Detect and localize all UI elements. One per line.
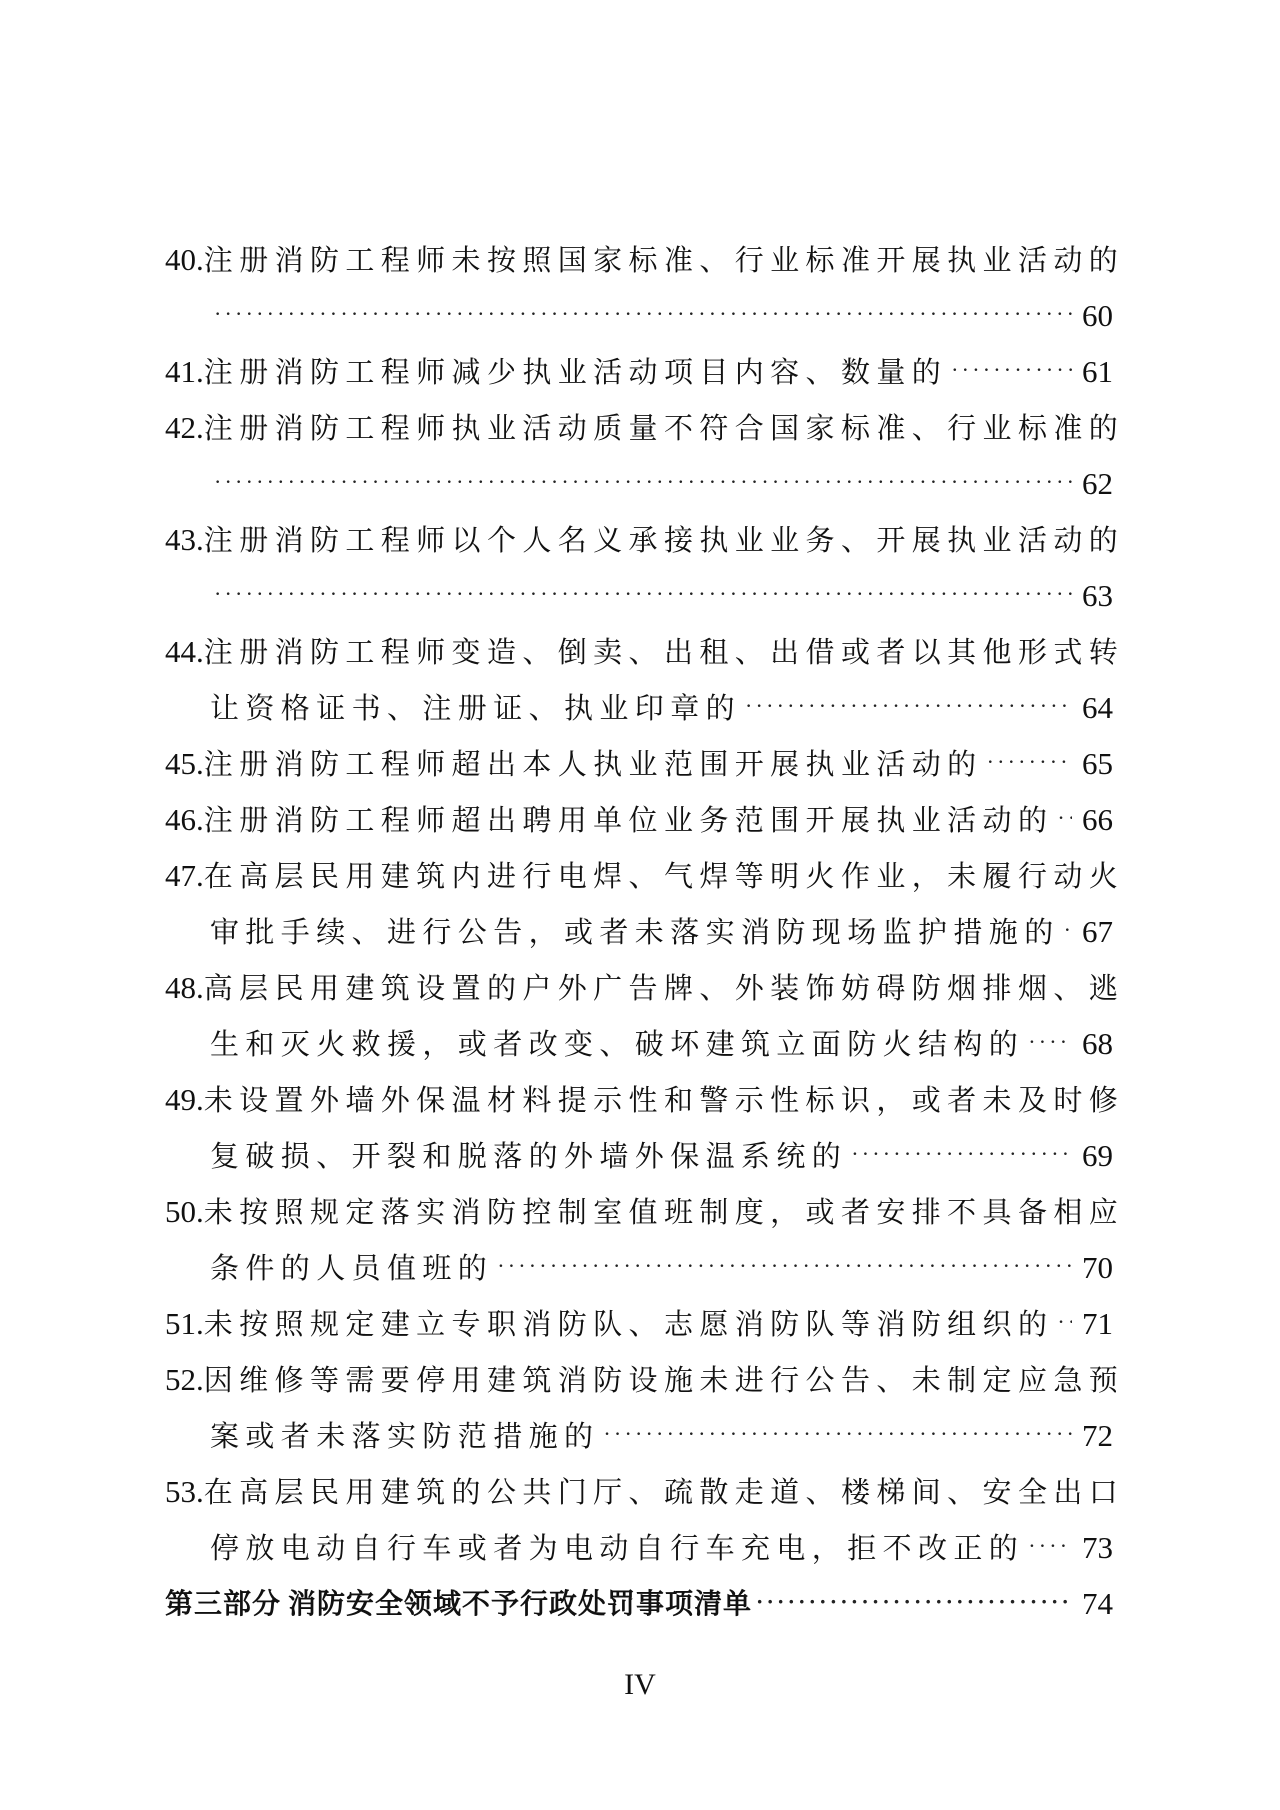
toc-entry-40[interactable]: 40. 注册消防工程师未按照国家标准、行业标准开展执业活动的 <box>165 232 1113 288</box>
page-number: 60 <box>1082 288 1113 344</box>
entry-title: 注册消防工程师执业活动质量不符合国家标准、行业标准的 <box>204 400 1124 456</box>
dot-leader <box>1057 1294 1072 1350</box>
page-number: 71 <box>1082 1296 1113 1352</box>
page-number: 64 <box>1082 680 1113 736</box>
toc-part-three[interactable]: 第三部分 消防安全领域不予行政处罚事项清单 74 <box>165 1576 1113 1632</box>
dot-leader <box>603 1406 1072 1462</box>
page-number: 61 <box>1082 344 1113 400</box>
entry-title: 注册消防工程师未按照国家标准、行业标准开展执业活动的 <box>204 232 1124 288</box>
dot-leader <box>1057 790 1072 846</box>
entry-title-continuation: 停放电动自行车或者为电动自行车充电，拒不改正的 <box>210 1520 1024 1576</box>
toc-entry-46[interactable]: 46. 注册消防工程师超出聘用单位业务范围开展执业活动的 66 <box>165 792 1113 848</box>
dot-leader <box>1028 1014 1072 1070</box>
entry-number: 45. <box>165 736 204 792</box>
entry-number: 47. <box>165 848 204 904</box>
dot-leader <box>214 286 1072 342</box>
toc-entry-48[interactable]: 48. 高层民用建筑设置的户外广告牌、外装饰妨碍防烟排烟、逃 <box>165 960 1113 1016</box>
entry-number: 44. <box>165 624 204 680</box>
toc-entry-40-leader: 60 <box>165 288 1113 344</box>
toc-entry-49-continuation: 复破损、开裂和脱落的外墙外保温系统的 69 <box>165 1128 1113 1184</box>
entry-number: 52. <box>165 1352 204 1408</box>
toc-entry-49[interactable]: 49. 未设置外墙外保温材料提示性和警示性标识，或者未及时修 <box>165 1072 1113 1128</box>
page-footer-number: IV <box>0 1668 1280 1702</box>
entry-number: 50. <box>165 1184 204 1240</box>
entry-title: 未设置外墙外保温材料提示性和警示性标识，或者未及时修 <box>204 1072 1124 1128</box>
dot-leader <box>851 1126 1072 1182</box>
entry-title-continuation: 案或者未落实防范措施的 <box>210 1408 599 1464</box>
entry-title: 因维修等需要停用建筑消防设施未进行公告、未制定应急预 <box>204 1352 1124 1408</box>
dot-leader <box>497 1238 1072 1294</box>
toc-entry-53[interactable]: 53. 在高层民用建筑的公共门厅、疏散走道、楼梯间、安全出口 <box>165 1464 1113 1520</box>
entry-number: 46. <box>165 792 204 848</box>
entry-number: 48. <box>165 960 204 1016</box>
toc-entry-43[interactable]: 43. 注册消防工程师以个人名义承接执业业务、开展执业活动的 <box>165 512 1113 568</box>
dot-leader <box>214 454 1072 510</box>
dot-leader <box>1028 1518 1072 1574</box>
page-number: 70 <box>1082 1240 1113 1296</box>
toc-entry-44[interactable]: 44. 注册消防工程师变造、倒卖、出租、出借或者以其他形式转 <box>165 624 1113 680</box>
page-number: 73 <box>1082 1520 1113 1576</box>
page-number: 68 <box>1082 1016 1113 1072</box>
toc-entry-47[interactable]: 47. 在高层民用建筑内进行电焊、气焊等明火作业，未履行动火 <box>165 848 1113 904</box>
entry-title: 注册消防工程师变造、倒卖、出租、出借或者以其他形式转 <box>204 624 1124 680</box>
toc-entry-44-continuation: 让资格证书、注册证、执业印章的 64 <box>165 680 1113 736</box>
entry-number: 41. <box>165 344 204 400</box>
entry-title: 注册消防工程师超出本人执业范围开展执业活动的 <box>204 736 983 792</box>
entry-title-continuation: 生和灭火救援，或者改变、破坏建筑立面防火结构的 <box>210 1016 1024 1072</box>
page-number: 72 <box>1082 1408 1113 1464</box>
part-label: 第三部分 <box>165 1576 281 1632</box>
toc-entry-52-continuation: 案或者未落实防范措施的 72 <box>165 1408 1113 1464</box>
toc-entry-50[interactable]: 50. 未按照规定落实消防控制室值班制度，或者安排不具备相应 <box>165 1184 1113 1240</box>
entry-title: 注册消防工程师减少执业活动项目内容、数量的 <box>204 344 947 400</box>
part-title: 消防安全领域不予行政处罚事项清单 <box>288 1576 752 1632</box>
toc-entry-53-continuation: 停放电动自行车或者为电动自行车充电，拒不改正的 73 <box>165 1520 1113 1576</box>
entry-number: 53. <box>165 1464 204 1520</box>
entry-number: 43. <box>165 512 204 568</box>
entry-title-continuation: 审批手续、进行公告，或者未落实消防现场监护措施的 <box>210 904 1060 960</box>
dot-leader <box>987 734 1072 790</box>
entry-title: 注册消防工程师超出聘用单位业务范围开展执业活动的 <box>204 792 1054 848</box>
entry-title: 高层民用建筑设置的户外广告牌、外装饰妨碍防烟排烟、逃 <box>204 960 1124 1016</box>
entry-title: 未按照规定落实消防控制室值班制度，或者安排不具备相应 <box>204 1184 1124 1240</box>
toc-entry-41[interactable]: 41. 注册消防工程师减少执业活动项目内容、数量的 61 <box>165 344 1113 400</box>
entry-title: 在高层民用建筑的公共门厅、疏散走道、楼梯间、安全出口 <box>204 1464 1124 1520</box>
entry-number: 49. <box>165 1072 204 1128</box>
page-number: 69 <box>1082 1128 1113 1184</box>
toc-entry-42-leader: 62 <box>165 456 1113 512</box>
toc-entry-45[interactable]: 45. 注册消防工程师超出本人执业范围开展执业活动的 65 <box>165 736 1113 792</box>
page-number: 67 <box>1082 904 1113 960</box>
dot-leader <box>214 566 1072 622</box>
toc-entry-50-continuation: 条件的人员值班的 70 <box>165 1240 1113 1296</box>
dot-leader <box>745 678 1072 734</box>
toc-entry-48-continuation: 生和灭火救援，或者改变、破坏建筑立面防火结构的 68 <box>165 1016 1113 1072</box>
toc-entry-42[interactable]: 42. 注册消防工程师执业活动质量不符合国家标准、行业标准的 <box>165 400 1113 456</box>
entry-title-continuation: 复破损、开裂和脱落的外墙外保温系统的 <box>210 1128 847 1184</box>
entry-title: 在高层民用建筑内进行电焊、气焊等明火作业，未履行动火 <box>204 848 1124 904</box>
page-number: 63 <box>1082 568 1113 624</box>
page-number: 66 <box>1082 792 1113 848</box>
toc-entry-47-continuation: 审批手续、进行公告，或者未落实消防现场监护措施的 67 <box>165 904 1113 960</box>
entry-number: 51. <box>165 1296 204 1352</box>
page-number: 62 <box>1082 456 1113 512</box>
page-number: 74 <box>1082 1576 1113 1632</box>
dot-leader <box>756 1574 1072 1630</box>
table-of-contents: 40. 注册消防工程师未按照国家标准、行业标准开展执业活动的 60 41. 注册… <box>165 232 1113 1632</box>
dot-leader <box>951 342 1072 398</box>
dot-leader <box>1064 902 1072 958</box>
entry-title: 未按照规定建立专职消防队、志愿消防队等消防组织的 <box>204 1296 1054 1352</box>
entry-title: 注册消防工程师以个人名义承接执业业务、开展执业活动的 <box>204 512 1124 568</box>
entry-number: 40. <box>165 232 204 288</box>
entry-title-continuation: 条件的人员值班的 <box>210 1240 493 1296</box>
entry-title-continuation: 让资格证书、注册证、执业印章的 <box>210 680 741 736</box>
entry-number: 42. <box>165 400 204 456</box>
page-number: 65 <box>1082 736 1113 792</box>
document-page: 40. 注册消防工程师未按照国家标准、行业标准开展执业活动的 60 41. 注册… <box>0 0 1280 1810</box>
toc-entry-43-leader: 63 <box>165 568 1113 624</box>
toc-entry-52[interactable]: 52. 因维修等需要停用建筑消防设施未进行公告、未制定应急预 <box>165 1352 1113 1408</box>
toc-entry-51[interactable]: 51. 未按照规定建立专职消防队、志愿消防队等消防组织的 71 <box>165 1296 1113 1352</box>
